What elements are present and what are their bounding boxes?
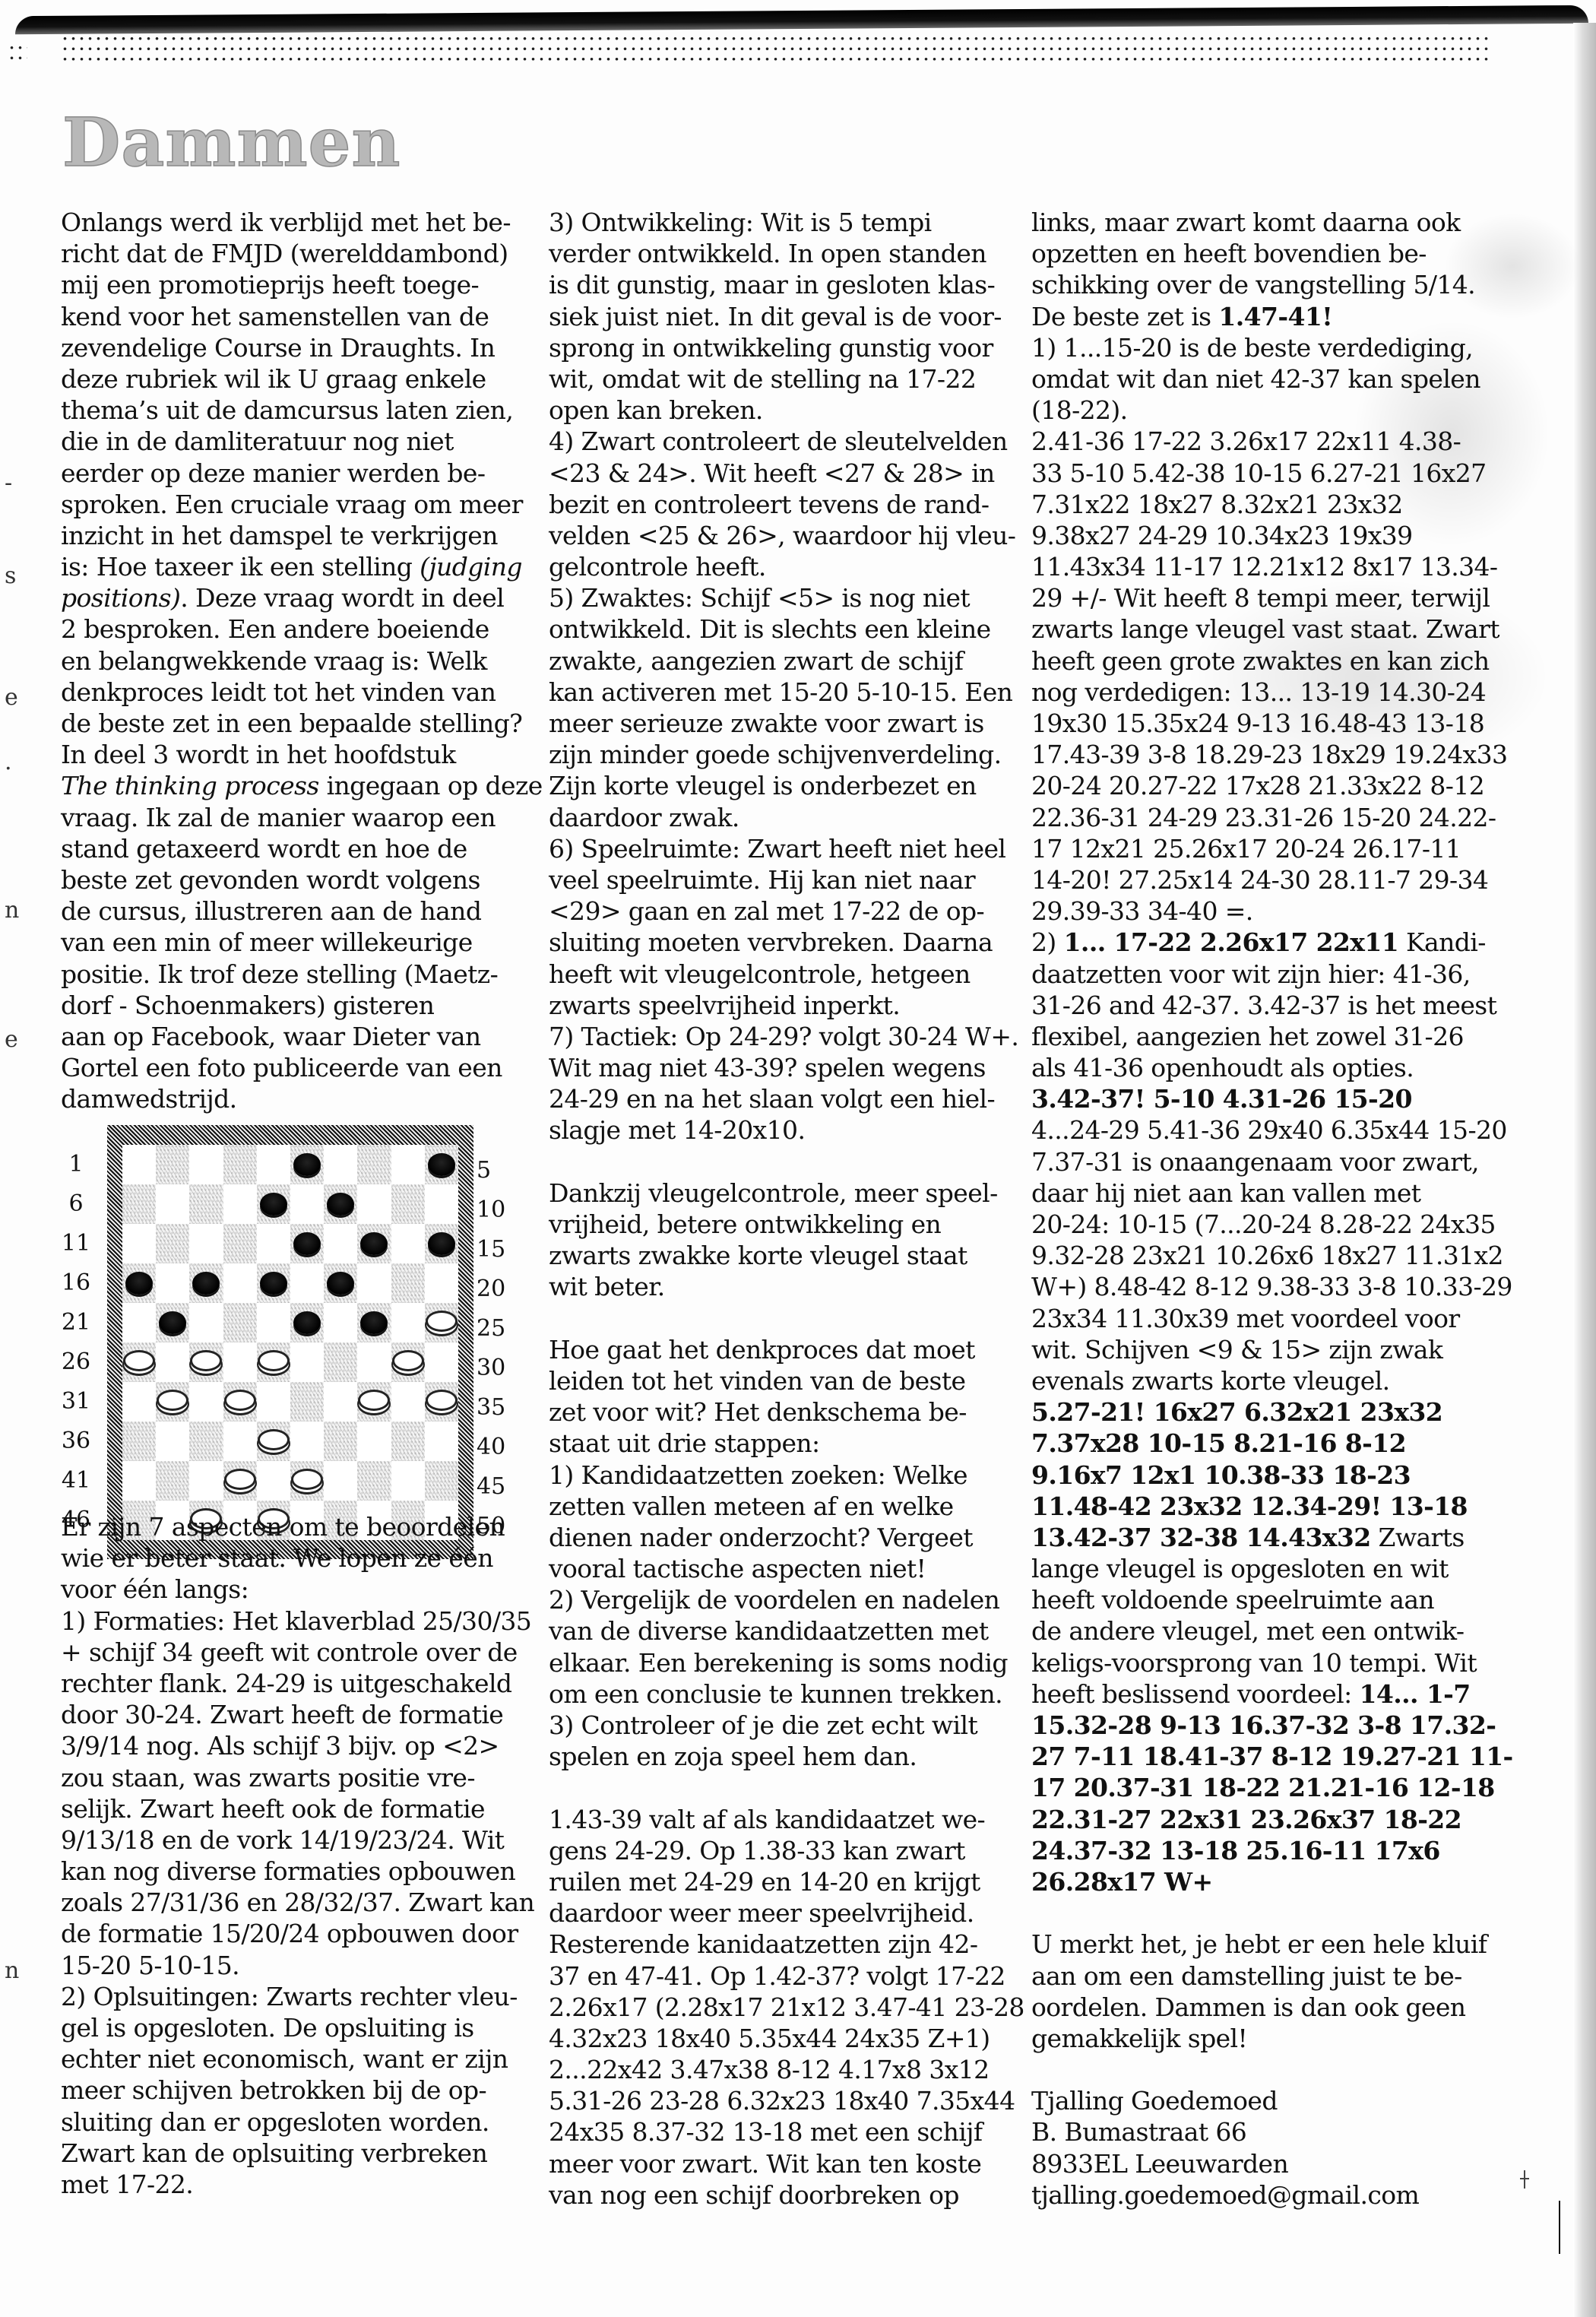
text-segment: Kandi- [1398, 927, 1486, 957]
text-segment: 1) 1...15-20 is de beste verdediging, [1031, 333, 1473, 363]
text-line: Dankzij vleugelcontrole, meer speel- [549, 1178, 1012, 1209]
board-light-square [290, 1184, 324, 1224]
text-line: richt dat de FMJD (werelddambond) [61, 238, 532, 269]
text-segment: als 41-36 openhoudt als opties. [1031, 1053, 1414, 1082]
board-square-10 [391, 1184, 425, 1224]
board-light-square [156, 1342, 189, 1382]
board-light-square [391, 1145, 425, 1184]
black-piece-icon [293, 1232, 321, 1255]
text-line: 22.36-31 24-29 23.31-26 15-20 24.22- [1031, 802, 1533, 833]
text-segment: veel speelruimte. Hij kan niet naar [549, 865, 975, 895]
text-segment: velden <25 & 26>, waardoor hij vleu- [549, 521, 1015, 550]
text-segment: 2) Oplsuitingen: Zwarts rechter vleu- [61, 1982, 518, 2011]
text-segment: thema’s uit de damcursus laten zien, [61, 395, 513, 425]
text-line: zetten vallen meteen af en welke [549, 1491, 1012, 1522]
board-square-17 [189, 1263, 223, 1303]
text-line: ruilen met 24-29 en 14-20 en krijgt [549, 1866, 1012, 1897]
text-line: de andere vleugel, met een ontwik- [1031, 1615, 1533, 1647]
board-square-21 [156, 1303, 189, 1342]
text-segment: zetten vallen meteen af en welke [549, 1491, 954, 1521]
text-line: zoals 27/31/36 en 28/32/37. Zwart kan [61, 1887, 532, 1918]
text-segment: zet voor wit? Het denkschema be- [549, 1397, 967, 1427]
text-segment: Dankzij vleugelcontrole, meer speel- [549, 1178, 998, 1208]
text-segment: ontwikkeld. Dit is slechts een kleine [549, 614, 991, 644]
bold-move-notation: 11.48-42 23x32 12.34-29! 13-18 [1031, 1491, 1468, 1521]
bold-move-notation: 17 20.37-31 18-22 21.21-16 12-18 [1031, 1773, 1495, 1802]
board-square-35 [425, 1382, 458, 1422]
board-row-label-right: 5 [477, 1151, 522, 1190]
text-line: 4) Zwart controleert de sleutelvelden [549, 426, 1012, 457]
text-segment: zwarts lange vleugel vast staat. Zwart [1031, 614, 1499, 644]
text-line: 24-29 en na het slaan volgt een hiel- [549, 1083, 1012, 1114]
text-segment: zwarts speelvrijheid inperkt. [549, 991, 900, 1020]
board-square-6 [122, 1184, 156, 1224]
black-piece-icon [360, 1311, 388, 1334]
text-line: mij een promotieprijs heeft toege- [61, 269, 532, 300]
page-right-edge [1573, 23, 1596, 2317]
article-column-left-aspects: Er zijn 7 aspecten om te beoordelenwie e… [61, 1511, 532, 2200]
text-segment: van een min of meer willekeurige [61, 927, 473, 957]
text-segment: eerder op deze manier werden be- [61, 458, 485, 488]
bold-move-notation: 9.16x7 12x1 10.38-33 18-23 [1031, 1460, 1411, 1490]
text-segment: 5.31-26 23-28 6.32x23 18x40 7.35x44 [549, 2086, 1015, 2116]
text-line: nog verdedigen: 13... 13-19 14.30-24 [1031, 677, 1533, 708]
text-line: 5) Zwaktes: Schijf <5> is nog niet [549, 582, 1012, 613]
text-line: gelcontrole heeft. [549, 551, 1012, 582]
board-light-square [425, 1422, 458, 1461]
text-line: tjalling.goedemoed@gmail.com [1031, 2179, 1533, 2211]
text-line: 9.16x7 12x1 10.38-33 18-23 [1031, 1460, 1533, 1491]
text-line: 9/13/18 en de vork 14/19/23/24. Wit [61, 1824, 532, 1856]
board-square-12 [223, 1224, 257, 1263]
text-segment: is: Hoe taxeer ik een stelling [61, 552, 420, 582]
bleed-through-glyph: s [5, 563, 16, 589]
text-segment: positie. Ik trof deze stelling (Maetz- [61, 959, 498, 989]
text-segment: 23x34 11.30x39 met voordeel voor [1031, 1304, 1460, 1333]
text-line: <29> gaan en zal met 17-22 de op- [549, 895, 1012, 927]
text-line: voor één langs: [61, 1574, 532, 1605]
board-square-11 [156, 1224, 189, 1263]
text-line: thema’s uit de damcursus laten zien, [61, 395, 532, 426]
board-light-square [290, 1422, 324, 1461]
text-line: sluiting dan er opgesloten worden. [61, 2106, 532, 2138]
board-light-square [391, 1382, 425, 1422]
text-segment: 4...24-29 5.41-36 29x40 6.35x44 15-20 [1031, 1115, 1507, 1145]
text-segment: <29> gaan en zal met 17-22 de op- [549, 896, 984, 926]
board-light-square [189, 1382, 223, 1422]
board-light-square [122, 1145, 156, 1184]
text-line: slagje met 14-20x10. [549, 1114, 1012, 1146]
text-segment: 9.32-28 23x21 10.26x6 18x27 11.31x2 [1031, 1241, 1503, 1270]
text-segment: verder ontwikkeld. In open standen [549, 239, 986, 268]
text-segment: damwedstrijd. [61, 1084, 237, 1114]
bleed-through-glyph: - [5, 470, 12, 496]
text-line: 24.37-32 13-18 25.16-11 17x6 [1031, 1835, 1533, 1866]
text-line: meer serieuze zwakte voor zwart is [549, 708, 1012, 739]
text-segment: oordelen. Dammen is dan ook geen [1031, 1992, 1465, 2022]
text-line: 17.43-39 3-8 18.29-23 18x29 19.24x33 [1031, 739, 1533, 770]
text-line: 24x35 8.37-32 13-18 met een schijf [549, 2116, 1012, 2147]
white-piece-icon [190, 1350, 222, 1371]
text-segment: sproken. Een cruciale vraag om meer [61, 490, 523, 519]
bold-move-notation: 5.27-21! 16x27 6.32x21 23x32 [1031, 1397, 1442, 1427]
text-segment: meer voor zwart. Wit kan ten koste [549, 2149, 981, 2179]
board-row-label-right: 25 [477, 1309, 522, 1349]
text-line: denkproces leidt tot het vinden van [61, 677, 532, 708]
text-segment: 9/13/18 en de vork 14/19/23/24. Wit [61, 1825, 504, 1855]
text-line: 17 12x21 25.26x17 20-24 26.17-11 [1031, 833, 1533, 864]
text-segment: aan om een damstelling juist te be- [1031, 1961, 1462, 1991]
text-line: Tjalling Goedemoed [1031, 2085, 1533, 2116]
bleed-through-glyph: e [5, 1026, 18, 1053]
text-segment: 2...22x42 3.47x38 8-12 4.17x8 3x12 [549, 2055, 990, 2084]
text-segment: Tjalling Goedemoed [1031, 2086, 1278, 2116]
bold-move-notation: 14... 1-7 [1360, 1679, 1471, 1709]
text-segment: 4.32x23 18x40 5.35x44 24x35 Z+1) [549, 2024, 990, 2053]
board-row-label-left: 21 [53, 1303, 99, 1342]
board-light-square [357, 1184, 391, 1224]
text-segment: selijk. Zwart heeft ook de formatie [61, 1794, 485, 1824]
text-segment: Er zijn 7 aspecten om te beoordelen [61, 1512, 505, 1542]
board-square-25 [425, 1303, 458, 1342]
text-line: Wit mag niet 43-39? spelen wegens [549, 1052, 1012, 1083]
text-line: gens 24-29. Op 1.38-33 kan zwart [549, 1835, 1012, 1866]
text-line: 20-24 20.27-22 17x28 21.33x22 8-12 [1031, 770, 1533, 801]
text-line: 27 7-11 18.41-37 8-12 19.27-21 11- [1031, 1741, 1533, 1772]
board-light-square [223, 1263, 257, 1303]
board-square-30 [391, 1342, 425, 1382]
text-segment: Resterende kanidaatzetten zijn 42- [549, 1929, 977, 1959]
text-line: 20-24: 10-15 (7...20-24 8.28-22 24x35 [1031, 1209, 1533, 1240]
board-light-square [357, 1422, 391, 1461]
board-light-square [357, 1263, 391, 1303]
board-square-9 [324, 1184, 357, 1224]
black-piece-icon [428, 1153, 455, 1176]
text-line: keligs-voorsprong van 10 tempi. Wit [1031, 1647, 1533, 1678]
board-light-square [257, 1303, 290, 1342]
text-line: de beste zet in een bepaalde stelling? [61, 708, 532, 739]
board-square-23 [290, 1303, 324, 1342]
text-segment: ruilen met 24-29 en 14-20 en krijgt [549, 1867, 980, 1897]
board-square-42 [223, 1461, 257, 1501]
black-piece-icon [293, 1153, 321, 1176]
text-segment: is dit gunstig, maar in gesloten klas- [549, 270, 995, 300]
text-line: damwedstrijd. [61, 1083, 532, 1114]
page-cut-line [1559, 2201, 1560, 2254]
text-line: 6) Speelruimte: Zwart heeft niet heel [549, 833, 1012, 864]
text-segment: 29 +/- Wit heeft 8 tempi meer, terwijl [1031, 583, 1490, 613]
board-row-label-left: 31 [53, 1382, 99, 1422]
text-line: zet voor wit? Het denkschema be- [549, 1396, 1012, 1428]
text-segment: 7) Tactiek: Op 24-29? volgt 30-24 W+. [549, 1022, 1018, 1051]
text-line: 7.37-31 is onaangenaam voor zwart, [1031, 1146, 1533, 1178]
text-segment: + schijf 34 geeft wit controle over de [61, 1637, 518, 1667]
bleed-through-glyph: n [5, 897, 19, 924]
text-line [1031, 2054, 1533, 2085]
board-row-label-left: 41 [53, 1461, 99, 1501]
text-segment: zoals 27/31/36 en 28/32/37. Zwart kan [61, 1888, 534, 1917]
text-segment: wit, omdat wit de stelling na 17-22 [549, 364, 976, 394]
text-line: met 17-22. [61, 2169, 532, 2200]
white-piece-icon [258, 1350, 290, 1371]
black-piece-icon [428, 1232, 455, 1255]
bold-move-notation: 1.47-41! [1218, 302, 1332, 331]
text-segment: zwarts zwakke korte vleugel staat [549, 1241, 967, 1270]
text-line: Zwart kan de oplsuiting verbreken [61, 2138, 532, 2169]
text-line: U merkt het, je hebt er een hele kluif [1031, 1929, 1533, 1960]
text-line: Onlangs werd ik verblijd met het be- [61, 207, 532, 238]
text-line: W+) 8.48-42 8-12 9.38-33 3-8 10.33-29 [1031, 1271, 1533, 1302]
board-light-square [425, 1342, 458, 1382]
text-segment: 17 12x21 25.26x17 20-24 26.17-11 [1031, 834, 1461, 864]
text-line: Hoe gaat het denkproces dat moet [549, 1334, 1012, 1365]
text-line: daatzetten voor wit zijn hier: 41-36, [1031, 959, 1533, 990]
text-segment: 7.37-31 is onaangenaam voor zwart, [1031, 1147, 1479, 1177]
text-line: 13.42-37 32-38 14.43x32 Zwarts [1031, 1522, 1533, 1553]
board-square-37 [189, 1422, 223, 1461]
board-light-square [122, 1224, 156, 1263]
text-segment: inzicht in het damspel te verkrijgen [61, 521, 498, 550]
white-piece-icon [224, 1469, 256, 1490]
text-segment: Gortel een foto publiceerde van een [61, 1053, 502, 1082]
white-piece-icon [358, 1390, 390, 1411]
text-line: 1) Formaties: Het klaverblad 25/30/35 [61, 1605, 532, 1637]
text-segment: De beste zet is [1031, 302, 1218, 331]
text-segment: die in de damliteratuur nog niet [61, 426, 454, 456]
white-piece-icon [258, 1429, 290, 1450]
text-line: De beste zet is 1.47-41! [1031, 301, 1533, 332]
board-row-label-right: 20 [477, 1269, 522, 1309]
text-line: 7) Tactiek: Op 24-29? volgt 30-24 W+. [549, 1021, 1012, 1052]
black-piece-icon [293, 1311, 321, 1334]
board-square-14 [357, 1224, 391, 1263]
text-segment: lange vleugel is opgesloten en wit [1031, 1554, 1449, 1583]
text-line: 3.42-37! 5-10 4.31-26 15-20 [1031, 1083, 1533, 1114]
text-line: omdat wit dan niet 42-37 kan spelen [1031, 363, 1533, 395]
draughts-diagram: 161116212631364146 5101520253035404550 [53, 1124, 509, 1564]
board-light-square [391, 1303, 425, 1342]
board-square-4 [357, 1145, 391, 1184]
text-segment: Zwart kan de oplsuiting verbreken [61, 2138, 487, 2168]
text-segment: sluiting moeten vervbreken. Daarna [549, 927, 993, 957]
text-line: flexibel, aangezien het zowel 31-26 [1031, 1021, 1533, 1052]
text-segment: om een conclusie te kunnen trekken. [549, 1679, 1002, 1709]
text-segment: 24-29 en na het slaan volgt een hiel- [549, 1084, 995, 1114]
board-row-label-right: 10 [477, 1190, 522, 1230]
board-square-24 [357, 1303, 391, 1342]
text-segment: zwakte, aangezien zwart de schijf [549, 646, 963, 676]
text-line: open kan breken. [549, 395, 1012, 426]
text-line: elkaar. Een berekening is soms nodig [549, 1647, 1012, 1678]
board-square-34 [357, 1382, 391, 1422]
text-line: om een conclusie te kunnen trekken. [549, 1678, 1012, 1710]
text-segment: 1.43-39 valt af als kandidaatzet we- [549, 1805, 985, 1834]
text-segment: heeft wit vleugelcontrole, hetgeen [549, 959, 971, 989]
text-segment: 2) [1031, 927, 1064, 957]
text-segment: 31-26 and 42-37. 3.42-37 is het meest [1031, 991, 1496, 1020]
text-segment: links, maar zwart komt daarna ook [1031, 208, 1461, 237]
board-square-26 [122, 1342, 156, 1382]
text-line: aan op Facebook, waar Dieter van [61, 1021, 532, 1052]
text-segment: denkproces leidt tot het vinden van [61, 677, 496, 707]
bold-move-notation: 24.37-32 13-18 25.16-11 17x6 [1031, 1836, 1440, 1865]
board-light-square [391, 1224, 425, 1263]
section-title: Dammen [62, 109, 401, 176]
board-square-39 [324, 1422, 357, 1461]
text-segment: <23 & 24>. Wit heeft <27 & 28> in [549, 458, 995, 488]
text-line: 9.38x27 24-29 10.34x23 19x39 [1031, 520, 1533, 551]
board-square-13 [290, 1224, 324, 1263]
text-line: 9.32-28 23x21 10.26x6 18x27 11.31x2 [1031, 1240, 1533, 1271]
text-line: 19x30 15.35x24 9-13 16.48-43 13-18 [1031, 708, 1533, 739]
white-piece-icon [426, 1311, 458, 1332]
text-line: 2 besproken. Een andere boeiende [61, 613, 532, 645]
text-line: <23 & 24>. Wit heeft <27 & 28> in [549, 458, 1012, 489]
white-piece-icon [157, 1390, 188, 1411]
text-segment: beste zet gevonden wordt volgens [61, 865, 480, 895]
black-piece-icon [260, 1193, 287, 1216]
board-square-16 [122, 1263, 156, 1303]
board-square-44 [357, 1461, 391, 1501]
text-line: aan om een damstelling juist te be- [1031, 1960, 1533, 1992]
text-line: zwarts lange vleugel vast staat. Zwart [1031, 613, 1533, 645]
text-segment: echter niet economisch, want er zijn [61, 2044, 508, 2074]
text-segment: wit. Schijven <9 & 15> zijn zwak [1031, 1335, 1442, 1365]
text-line: 11.43x34 11-17 12.21x12 8x17 13.34- [1031, 551, 1533, 582]
text-line: de formatie 15/20/24 opbouwen door [61, 1918, 532, 1949]
text-line: 22.31-27 22x31 23.26x37 18-22 [1031, 1804, 1533, 1835]
text-line: 29.39-33 34-40 =. [1031, 895, 1533, 927]
text-segment: In deel 3 wordt in het hoofdstuk [61, 740, 456, 769]
text-segment: . Deze vraag wordt in deel [180, 583, 504, 613]
text-segment: en belangwekkende vraag is: Welk [61, 646, 487, 676]
text-segment: mij een promotieprijs heeft toege- [61, 270, 479, 300]
text-line: vraag. Ik zal de manier waarop een [61, 802, 532, 833]
text-line: 2.26x17 (2.28x17 21x12 3.47-41 23-28 [549, 1992, 1012, 2023]
bold-move-notation: 27 7-11 18.41-37 8-12 19.27-21 11- [1031, 1742, 1513, 1771]
text-segment: Hoe gaat het denkproces dat moet [549, 1335, 975, 1365]
text-line: 2.41-36 17-22 3.26x17 22x11 4.38- [1031, 426, 1533, 457]
text-line: Resterende kanidaatzetten zijn 42- [549, 1929, 1012, 1960]
text-segment: Zwarts [1371, 1523, 1465, 1552]
board-row-label-right: 30 [477, 1349, 522, 1388]
text-segment: 3/9/14 nog. Als schijf 3 bijv. op <2> [61, 1731, 499, 1761]
text-segment: 2.26x17 (2.28x17 21x12 3.47-41 23-28 [549, 1992, 1024, 2022]
text-line: oordelen. Dammen is dan ook geen [1031, 1992, 1533, 2023]
text-line: sluiting moeten vervbreken. Daarna [549, 927, 1012, 958]
text-line: veel speelruimte. Hij kan niet naar [549, 864, 1012, 895]
black-piece-icon [360, 1232, 388, 1255]
text-segment: aan op Facebook, waar Dieter van [61, 1022, 481, 1051]
text-segment: Onlangs werd ik verblijd met het be- [61, 208, 511, 237]
text-line: die in de damliteratuur nog niet [61, 426, 532, 457]
board-light-square [257, 1145, 290, 1184]
text-segment: staat uit drie stappen: [549, 1428, 820, 1458]
text-segment: vooral tactische aspecten niet! [549, 1554, 926, 1583]
text-line: 11.48-42 23x32 12.34-29! 13-18 [1031, 1491, 1533, 1522]
board-light-square [324, 1303, 357, 1342]
text-segment: open kan breken. [549, 395, 763, 425]
text-line: van de diverse kandidaatzetten met [549, 1615, 1012, 1647]
white-piece-icon [392, 1350, 424, 1371]
text-segment: de formatie 15/20/24 opbouwen door [61, 1919, 518, 1948]
bold-move-notation: 26.28x17 W+ [1031, 1867, 1213, 1897]
text-line: dienen nader onderzocht? Vergeet [549, 1522, 1012, 1553]
text-segment: slagje met 14-20x10. [549, 1115, 805, 1145]
text-line: inzicht in het damspel te verkrijgen [61, 520, 532, 551]
bold-move-notation: 7.37x28 10-15 8.21-16 8-12 [1031, 1428, 1406, 1458]
text-segment: 3) Controleer of je die zet echt wilt [549, 1710, 977, 1740]
text-segment: (18-22). [1031, 395, 1128, 425]
board-light-square [156, 1422, 189, 1461]
text-line [1031, 1897, 1533, 1929]
text-segment: wit beter. [549, 1272, 665, 1301]
text-line: 31-26 and 42-37. 3.42-37 is het meest [1031, 990, 1533, 1021]
text-segment: dorf - Schoenmakers) gisteren [61, 991, 434, 1020]
text-line: velden <25 & 26>, waardoor hij vleu- [549, 520, 1012, 551]
text-segment: meer schijven betrokken bij de op- [61, 2075, 486, 2105]
text-line: eerder op deze manier werden be- [61, 458, 532, 489]
board-light-square [357, 1342, 391, 1382]
board-light-square [290, 1342, 324, 1382]
board-light-square [156, 1184, 189, 1224]
article-column-middle: 3) Ontwikkeling: Wit is 5 tempiverder on… [549, 207, 1012, 2211]
text-line: 23x34 11.30x39 met voordeel voor [1031, 1303, 1533, 1334]
text-line: wie er beter staat. We lopen ze één [61, 1542, 532, 1574]
text-line: 14-20! 27.25x14 24-30 28.11-7 29-34 [1031, 864, 1533, 895]
text-segment: gelcontrole heeft. [549, 552, 766, 582]
text-line: 1.43-39 valt af als kandidaatzet we- [549, 1804, 1012, 1835]
text-line: positions). Deze vraag wordt in deel [61, 582, 532, 613]
text-segment: wie er beter staat. We lopen ze één [61, 1543, 493, 1573]
dotted-header-rule [61, 33, 1490, 67]
text-segment: 22.36-31 24-29 23.31-26 15-20 24.22- [1031, 803, 1496, 832]
text-segment: schikking over de vangstelling 5/14. [1031, 270, 1475, 300]
text-line: heeft voldoende speelruimte aan [1031, 1584, 1533, 1615]
text-segment: stand getaxeerd wordt en hoe de [61, 834, 467, 864]
board-square-43 [290, 1461, 324, 1501]
text-segment: meer serieuze zwakte voor zwart is [549, 708, 984, 738]
board-light-square [425, 1184, 458, 1224]
board-square-28 [257, 1342, 290, 1382]
text-line: 37 en 47-41. Op 1.42-37? volgt 17-22 [549, 1960, 1012, 1992]
text-segment: 8933EL Leeuwarden [1031, 2149, 1288, 2179]
text-line: 3) Controleer of je die zet echt wilt [549, 1710, 1012, 1741]
text-line: vooral tactische aspecten niet! [549, 1553, 1012, 1584]
text-line: sprong in ontwikkeling gunstig voor [549, 332, 1012, 363]
board-square-33 [290, 1382, 324, 1422]
board-light-square [189, 1224, 223, 1263]
text-segment: 2 besproken. Een andere boeiende [61, 614, 489, 644]
bold-move-notation: 22.31-27 22x31 23.26x37 18-22 [1031, 1805, 1461, 1834]
text-line: siek juist niet. In dit geval is de voor… [549, 301, 1012, 332]
text-line: 15-20 5-10-15. [61, 1950, 532, 1981]
text-line: van een min of meer willekeurige [61, 927, 532, 958]
text-segment: sprong in ontwikkeling gunstig voor [549, 333, 993, 363]
text-segment: leiden tot het vinden van de beste [549, 1366, 965, 1396]
text-line: van nog een schijf doorbreken op [549, 2179, 1012, 2211]
text-line: is: Hoe taxeer ik een stelling (judging [61, 551, 532, 582]
article-column-right: links, maar zwart komt daarna ookopzette… [1031, 207, 1533, 2211]
text-segment: de andere vleugel, met een ontwik- [1031, 1616, 1464, 1646]
text-segment: 9.38x27 24-29 10.34x23 19x39 [1031, 521, 1413, 550]
text-segment: heeft geen grote zwaktes en kan zich [1031, 646, 1490, 676]
text-segment: 7.31x22 18x27 8.32x21 23x32 [1031, 490, 1403, 519]
board-light-square [257, 1461, 290, 1501]
text-line: 2) 1... 17-22 2.26x17 22x11 Kandi- [1031, 927, 1533, 958]
board-light-square [425, 1263, 458, 1303]
board-light-square [324, 1145, 357, 1184]
